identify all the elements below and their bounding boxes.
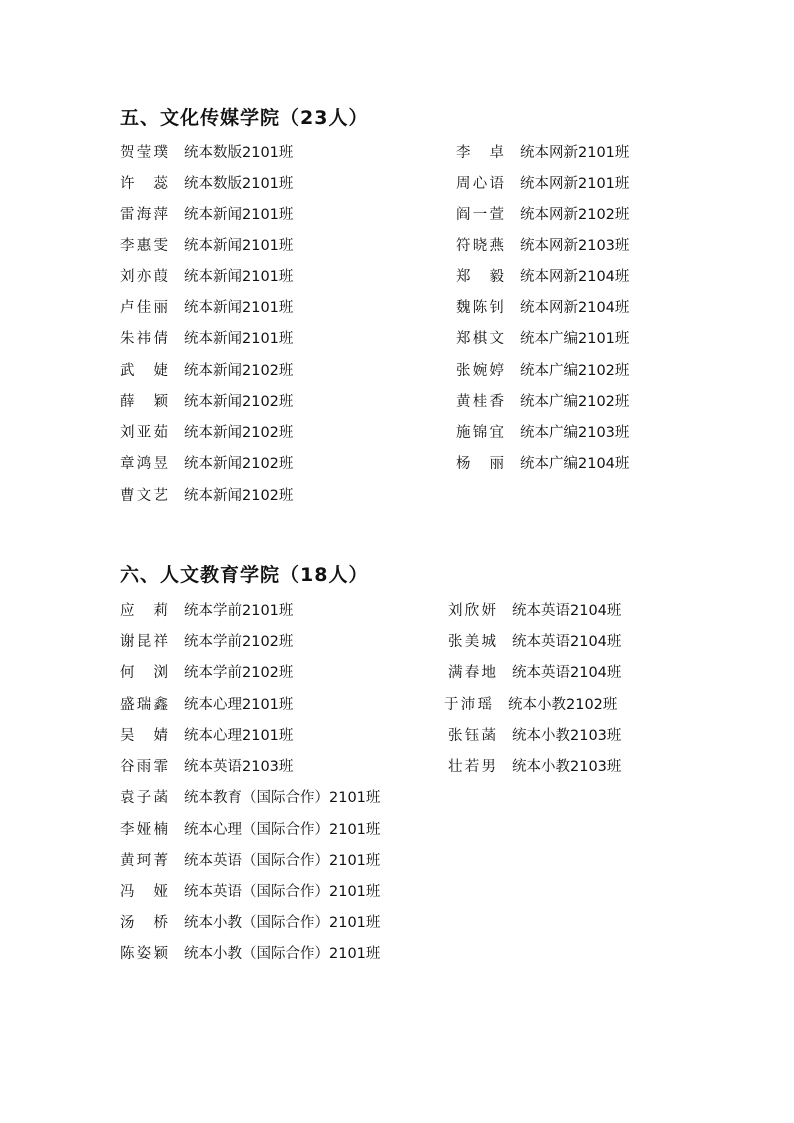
student-name: 魏陈钊 (456, 298, 504, 318)
list-item: 应 莉统本学前2101班 (120, 601, 293, 621)
list-item: 阎一萱统本网新2102班 (456, 205, 629, 225)
student-class: 统本小教（国际合作）2101班 (184, 913, 380, 933)
list-item: 何 浏统本学前2102班 (120, 663, 293, 683)
student-name: 李惠雯 (120, 236, 168, 256)
list-item: 盛瑞鑫统本心理2101班 (120, 695, 293, 715)
list-item: 刘亚茹统本新闻2102班 (120, 423, 293, 443)
student-class: 统本网新2104班 (520, 267, 629, 287)
student-class: 统本网新2102班 (520, 205, 629, 225)
student-class: 统本新闻2102班 (184, 486, 293, 506)
student-class: 统本广编2102班 (520, 392, 629, 412)
list-item: 张钰菡统本小教2103班 (448, 726, 621, 746)
student-class: 统本英语2104班 (512, 663, 621, 683)
student-class: 统本学前2102班 (184, 632, 293, 652)
student-class: 统本小教2103班 (512, 726, 621, 746)
student-name: 汤 桥 (120, 913, 168, 933)
list-item: 曹文艺统本新闻2102班 (120, 486, 293, 506)
list-item: 许 蕊统本数版2101班 (120, 174, 293, 194)
student-class: 统本新闻2101班 (184, 329, 293, 349)
student-name: 谢昆祥 (120, 632, 168, 652)
student-class: 统本小教2103班 (512, 757, 621, 777)
student-name: 壮若男 (448, 757, 496, 777)
student-name: 武 婕 (120, 361, 168, 381)
student-name: 李娅楠 (120, 820, 168, 840)
list-item: 黄珂菁统本英语（国际合作）2101班 (120, 851, 380, 871)
student-class: 统本新闻2101班 (184, 236, 293, 256)
student-class: 统本新闻2101班 (184, 267, 293, 287)
student-class: 统本新闻2101班 (184, 205, 293, 225)
student-name: 郑棋文 (456, 329, 504, 349)
student-class: 统本新闻2102班 (184, 392, 293, 412)
student-class: 统本广编2101班 (520, 329, 629, 349)
list-item: 杨 丽统本广编2104班 (456, 454, 629, 474)
student-class: 统本新闻2102班 (184, 361, 293, 381)
student-name: 贺莹璞 (120, 143, 168, 163)
student-name: 朱祎倩 (120, 329, 168, 349)
student-name: 许 蕊 (120, 174, 168, 194)
student-name: 刘亦葭 (120, 267, 168, 287)
student-name: 冯 娅 (120, 882, 168, 902)
list-item: 魏陈钊统本网新2104班 (456, 298, 629, 318)
student-name: 谷雨霏 (120, 757, 168, 777)
student-name: 张钰菡 (448, 726, 496, 746)
student-name: 杨 丽 (456, 454, 504, 474)
list-item: 壮若男统本小教2103班 (448, 757, 621, 777)
student-class: 统本新闻2101班 (184, 298, 293, 318)
list-item: 刘欣妍统本英语2104班 (448, 601, 621, 621)
section-heading-humanities-education: 六、人文教育学院（18人） (120, 563, 368, 587)
student-name: 袁子菡 (120, 788, 168, 808)
student-class: 统本网新2104班 (520, 298, 629, 318)
student-class: 统本心理2101班 (184, 695, 293, 715)
list-item: 章鸿昱统本新闻2102班 (120, 454, 293, 474)
student-name: 刘亚茹 (120, 423, 168, 443)
list-item: 郑 毅统本网新2104班 (456, 267, 629, 287)
list-item: 陈姿颖统本小教（国际合作）2101班 (120, 944, 380, 964)
student-name: 张婉婷 (456, 361, 504, 381)
student-name: 满春地 (448, 663, 496, 683)
student-class: 统本英语2104班 (512, 601, 621, 621)
list-item: 武 婕统本新闻2102班 (120, 361, 293, 381)
student-class: 统本网新2103班 (520, 236, 629, 256)
student-name: 黄桂香 (456, 392, 504, 412)
student-class: 统本广编2103班 (520, 423, 629, 443)
student-name: 符晓燕 (456, 236, 504, 256)
list-item: 袁子菡统本教育（国际合作）2101班 (120, 788, 380, 808)
student-class: 统本网新2101班 (520, 143, 629, 163)
student-name: 薛 颖 (120, 392, 168, 412)
list-item: 刘亦葭统本新闻2101班 (120, 267, 293, 287)
student-class: 统本教育（国际合作）2101班 (184, 788, 380, 808)
student-class: 统本心理2101班 (184, 726, 293, 746)
student-name: 雷海萍 (120, 205, 168, 225)
list-item: 郑棋文统本广编2101班 (456, 329, 629, 349)
list-item: 张婉婷统本广编2102班 (456, 361, 629, 381)
student-class: 统本英语（国际合作）2101班 (184, 882, 380, 902)
student-class: 统本数版2101班 (184, 143, 293, 163)
student-name: 黄珂菁 (120, 851, 168, 871)
student-class: 统本新闻2102班 (184, 454, 293, 474)
list-item: 薛 颖统本新闻2102班 (120, 392, 293, 412)
student-name: 周心语 (456, 174, 504, 194)
student-name: 盛瑞鑫 (120, 695, 168, 715)
student-name: 于沛瑶 (444, 695, 492, 715)
list-item: 朱祎倩统本新闻2101班 (120, 329, 293, 349)
list-item: 卢佳丽统本新闻2101班 (120, 298, 293, 318)
list-item: 谷雨霏统本英语2103班 (120, 757, 293, 777)
student-name: 章鸿昱 (120, 454, 168, 474)
list-item: 贺莹璞统本数版2101班 (120, 143, 293, 163)
list-item: 李惠雯统本新闻2101班 (120, 236, 293, 256)
list-item: 李 卓统本网新2101班 (456, 143, 629, 163)
student-name: 郑 毅 (456, 267, 504, 287)
list-item: 张美城统本英语2104班 (448, 632, 621, 652)
list-item: 符晓燕统本网新2103班 (456, 236, 629, 256)
student-class: 统本英语2103班 (184, 757, 293, 777)
student-class: 统本广编2104班 (520, 454, 629, 474)
student-class: 统本学前2101班 (184, 601, 293, 621)
list-item: 黄桂香统本广编2102班 (456, 392, 629, 412)
student-class: 统本新闻2102班 (184, 423, 293, 443)
section-heading-culture-media: 五、文化传媒学院（23人） (120, 106, 368, 130)
student-name: 吴 婧 (120, 726, 168, 746)
list-item: 汤 桥统本小教（国际合作）2101班 (120, 913, 380, 933)
student-class: 统本小教2102班 (508, 695, 617, 715)
student-class: 统本心理（国际合作）2101班 (184, 820, 380, 840)
list-item: 雷海萍统本新闻2101班 (120, 205, 293, 225)
student-name: 卢佳丽 (120, 298, 168, 318)
student-name: 施锦宜 (456, 423, 504, 443)
student-class: 统本网新2101班 (520, 174, 629, 194)
student-class: 统本英语（国际合作）2101班 (184, 851, 380, 871)
list-item: 吴 婧统本心理2101班 (120, 726, 293, 746)
student-name: 李 卓 (456, 143, 504, 163)
list-item: 周心语统本网新2101班 (456, 174, 629, 194)
student-name: 陈姿颖 (120, 944, 168, 964)
student-name: 曹文艺 (120, 486, 168, 506)
student-name: 应 莉 (120, 601, 168, 621)
student-class: 统本学前2102班 (184, 663, 293, 683)
student-class: 统本广编2102班 (520, 361, 629, 381)
list-item: 施锦宜统本广编2103班 (456, 423, 629, 443)
student-class: 统本英语2104班 (512, 632, 621, 652)
student-name: 刘欣妍 (448, 601, 496, 621)
list-item: 于沛瑶统本小教2102班 (444, 695, 617, 715)
list-item: 李娅楠统本心理（国际合作）2101班 (120, 820, 380, 840)
student-class: 统本数版2101班 (184, 174, 293, 194)
list-item: 满春地统本英语2104班 (448, 663, 621, 683)
student-name: 何 浏 (120, 663, 168, 683)
list-item: 冯 娅统本英语（国际合作）2101班 (120, 882, 380, 902)
student-name: 张美城 (448, 632, 496, 652)
student-class: 统本小教（国际合作）2101班 (184, 944, 380, 964)
list-item: 谢昆祥统本学前2102班 (120, 632, 293, 652)
student-name: 阎一萱 (456, 205, 504, 225)
